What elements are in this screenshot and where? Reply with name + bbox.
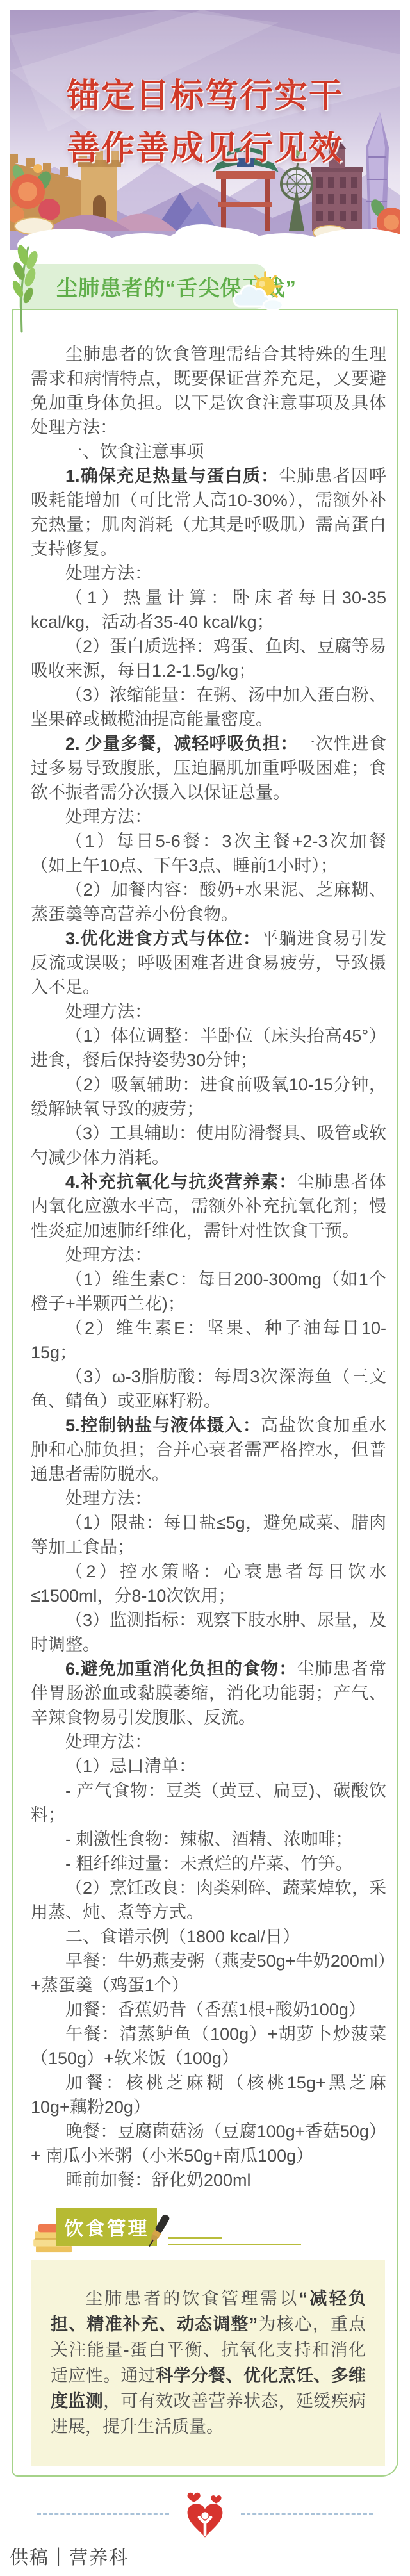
banner-title: 锚定目标笃行实干 善作善成见行见效 — [10, 70, 400, 175]
text-run: （3）监测指标：观察下肢水肿、尿量，及时调整。 — [31, 1611, 386, 1654]
text-run: 加餐：核桃芝麻糊（核桃15g+黑芝麻10g+藕粉20g） — [31, 2073, 386, 2117]
paragraph: 处理方法： — [31, 805, 386, 829]
sun-cloud-icon — [232, 270, 286, 311]
text-run: 加餐：香蕉奶昔（香蕉1根+酸奶100g） — [65, 2000, 366, 2019]
text-run: - 刺激性食物：辣椒、酒精、浓咖啡； — [65, 1830, 353, 1849]
diet-badge-rect: 饮食管理 — [56, 2208, 157, 2246]
paragraph: （3）工具辅助：使用防滑餐具、吸管或软勺减少体力消耗。 — [31, 1121, 386, 1170]
dashed-line-left — [37, 2513, 169, 2515]
footer-divider — [0, 2486, 410, 2542]
paragraph: 4.补充抗氧化与抗炎营养素：尘肺患者体内氧化应激水平高，需额外补充抗氧化剂；慢性… — [31, 1170, 386, 1243]
banner-title-line1: 锚定目标笃行实干 — [10, 70, 400, 122]
paragraph: 晚餐：豆腐菌菇汤（豆腐100g+香菇50g）+ 南瓜小米粥（小米50g+南瓜10… — [31, 2119, 386, 2168]
text-run: （2）控水策略：心衰患者每日饮水≤1500ml，分8-10次饮用； — [31, 1562, 386, 1605]
text-run: （2）蛋白质选择：鸡蛋、鱼肉、豆腐等易吸收来源，每日1.2-1.5g/kg； — [31, 637, 386, 680]
text-run: （3）ω-3脂肪酸：每周3次深海鱼（三文鱼、鲭鱼）或亚麻籽粉。 — [31, 1367, 386, 1411]
text-run: 早餐：牛奶燕麦粥（燕麦50g+牛奶200ml）+蒸蛋羹（鸡蛋1个） — [31, 1951, 386, 1995]
text-run: - 产气食物：豆类（黄豆、扁豆)、碳酸饮料； — [31, 1781, 386, 1825]
paragraph: （2）蛋白质选择：鸡蛋、鱼肉、豆腐等易吸收来源，每日1.2-1.5g/kg； — [31, 634, 386, 683]
text-run: 午餐：清蒸鲈鱼（100g）+胡萝卜炒菠菜（150g）+软米饭（100g） — [31, 2024, 386, 2068]
text-run: （1）限盐：每日盐≤5g，避免咸菜、腊肉等加工食品； — [31, 1513, 386, 1557]
paragraph: （1）热量计算：卧床者每日30-35 kcal/kg，活动者35-40 kcal… — [31, 586, 386, 634]
text-run: - 粗纤维过量：未煮烂的芹菜、竹笋。 — [65, 1854, 353, 1873]
text-run: 晚餐：豆腐菌菇汤（豆腐100g+香菇50g）+ 南瓜小米粥（小米50g+南瓜10… — [31, 2122, 386, 2165]
paragraph: （1）每日5-6餐：3次主餐+2-3次加餐（如上午10点、下午3点、睡前1小时）… — [31, 829, 386, 878]
text-run: （2）烹饪改良：肉类剁碎、蔬菜焯软，采用蒸、炖、煮等方式。 — [31, 1878, 386, 1922]
paragraph: - 产气食物：豆类（黄豆、扁豆)、碳酸饮料； — [31, 1778, 386, 1827]
bold-run: 4.补充抗氧化与抗炎营养素： — [65, 1172, 297, 1192]
paragraph: - 刺激性食物：辣椒、酒精、浓咖啡； — [31, 1827, 386, 1851]
text-run: 处理方法： — [65, 1489, 152, 1508]
text-run: 处理方法： — [65, 1732, 152, 1752]
bold-run: 3.优化进食方式与体位： — [65, 929, 261, 948]
paragraph: （3）浓缩能量：在粥、汤中加入蛋白粉、坚果碎或橄榄油提高能量密度。 — [31, 683, 386, 732]
heart-icon — [184, 2487, 225, 2541]
paragraph: 一、饮食注意事项 — [31, 439, 386, 464]
leaf-branch-icon — [3, 241, 38, 337]
text-run: （3）浓缩能量：在粥、汤中加入蛋白粉、坚果碎或橄榄油提高能量密度。 — [31, 685, 386, 729]
paragraph: （2）加餐内容：酸奶+水果泥、芝麻糊、蒸蛋羹等高营养小份食物。 — [31, 878, 386, 926]
page: 锚定目标笃行实干 善作善成见行见效 尘肺患者的“舌尖保卫战” — [0, 10, 410, 2570]
text-run: （2）吸氧辅助：进食前吸氧10-15分钟，缓解缺氧导致的疲劳； — [31, 1075, 386, 1119]
text-run: 尘肺患者的饮食管理需结合其特殊的生理需求和病情特点，既要保证营养充足，又要避免加… — [31, 345, 386, 437]
section-header: 尘肺患者的“舌尖保卫战” — [0, 250, 410, 309]
summary-box: 尘肺患者的饮食管理需以“减轻负担、精准补充、动态调整”为核心，重点关注能量-蛋白… — [31, 2260, 385, 2466]
paragraph: 睡前加餐：舒化奶200ml — [31, 2168, 386, 2192]
paragraph: 5.控制钠盐与液体摄入：高盐饮食加重水肿和心肺负担；合并心衰者需严格控水，但普通… — [31, 1413, 386, 1486]
text-run: 处理方法： — [65, 807, 152, 826]
diet-management-banner: 饮食管理 — [56, 2208, 386, 2247]
text-run: 处理方法： — [65, 1245, 152, 1265]
article-box: 尘肺患者的饮食管理需结合其特殊的生理需求和病情特点，既要保证营养充足，又要避免加… — [12, 309, 398, 2477]
credit-line: 供稿｜营养科 — [10, 2543, 410, 2570]
paragraph: 3.优化进食方式与体位：平躺进食易引发反流或误吸；呼吸困难者进食易疲劳，导致摄入… — [31, 926, 386, 999]
paragraph: （1）忌口清单： — [31, 1754, 386, 1778]
text-run: （1）维生素C：每日200-300mg（如1个橙子+半颗西兰花)； — [31, 1270, 386, 1313]
paragraph: （2）吸氧辅助：进食前吸氧10-15分钟，缓解缺氧导致的疲劳； — [31, 1072, 386, 1121]
diet-underline-long — [168, 2244, 301, 2245]
text-run: 处理方法： — [65, 564, 152, 583]
paragraph: 加餐：核桃芝麻糊（核桃15g+黑芝麻10g+藕粉20g） — [31, 2071, 386, 2119]
paragraph: 处理方法： — [31, 1730, 386, 1754]
paragraph: 1.确保充足热量与蛋白质：尘肺患者因呼吸耗能增加（可比常人高10-30%），需额… — [31, 464, 386, 561]
paragraph: （1）维生素C：每日200-300mg（如1个橙子+半颗西兰花)； — [31, 1267, 386, 1316]
text-run: （2）加餐内容：酸奶+水果泥、芝麻糊、蒸蛋羹等高营养小份食物。 — [31, 880, 386, 924]
text-run: 睡前加餐：舒化奶200ml — [65, 2170, 251, 2190]
paragraph: 2. 少量多餐，减轻呼吸负担：一次性进食过多易导致腹胀，压迫膈肌加重呼吸困难；食… — [31, 732, 386, 805]
paragraph: （2）维生素E：坚果、种子油每日10-15g； — [31, 1316, 386, 1365]
bold-run: 5.控制钠盐与液体摄入： — [65, 1416, 261, 1435]
paragraph: - 粗纤维过量：未煮烂的芹菜、竹笋。 — [31, 1851, 386, 1876]
text-run: 二、食谱示例（1800 kcal/日） — [65, 1927, 300, 1946]
text-run: 一、饮食注意事项 — [65, 442, 204, 461]
paragraph: （3）监测指标：观察下肢水肿、尿量，及时调整。 — [31, 1608, 386, 1657]
paragraph: 6.避免加重消化负担的食物：尘肺患者常伴胃肠淤血或黏膜萎缩，消化功能弱；产气、辛… — [31, 1657, 386, 1730]
paragraph: 处理方法： — [31, 999, 386, 1024]
diet-underline-short — [168, 2237, 222, 2239]
paragraph: （2）控水策略：心衰患者每日饮水≤1500ml，分8-10次饮用； — [31, 1559, 386, 1608]
paragraph: 处理方法： — [31, 1486, 386, 1511]
text-run: 尘肺患者的饮食管理需以 — [85, 2289, 299, 2308]
text-run: （2）维生素E：坚果、种子油每日10-15g； — [31, 1318, 386, 1362]
text-run: （1）忌口清单： — [65, 1757, 196, 1776]
bold-run: 2. 少量多餐，减轻呼吸负担： — [65, 734, 298, 753]
paragraph: 处理方法： — [31, 561, 386, 586]
paragraph: （2）烹饪改良：肉类剁碎、蔬菜焯软，采用蒸、炖、煮等方式。 — [31, 1876, 386, 1924]
paragraph: （1）限盐：每日盐≤5g，避免咸菜、腊肉等加工食品； — [31, 1511, 386, 1559]
text-run: （3）工具辅助：使用防滑餐具、吸管或软勺减少体力消耗。 — [31, 1124, 386, 1167]
paragraph: 早餐：牛奶燕麦粥（燕麦50g+牛奶200ml）+蒸蛋羹（鸡蛋1个） — [31, 1949, 386, 1998]
text-run: （1）体位调整：半卧位（床头抬高45°）进食，餐后保持姿势30分钟； — [31, 1026, 386, 1070]
pen-icon — [143, 2213, 172, 2251]
section-title-badge: 尘肺患者的“舌尖保卫战” — [19, 264, 266, 309]
paragraph: 二、食谱示例（1800 kcal/日） — [31, 1924, 386, 1949]
text-run: （1）每日5-6餐：3次主餐+2-3次加餐（如上午10点、下午3点、睡前1小时）… — [31, 832, 386, 875]
diet-badge-label: 饮食管理 — [65, 2213, 149, 2241]
paragraph: （1）体位调整：半卧位（床头抬高45°）进食，餐后保持姿势30分钟； — [31, 1024, 386, 1072]
text-run: （1）热量计算：卧床者每日30-35 kcal/kg，活动者35-40 kcal… — [31, 588, 386, 632]
paragraph: （3）ω-3脂肪酸：每周3次深海鱼（三文鱼、鲭鱼）或亚麻籽粉。 — [31, 1365, 386, 1413]
paragraph: 尘肺患者的饮食管理需结合其特殊的生理需求和病情特点，既要保证营养充足，又要避免加… — [31, 342, 386, 439]
text-run: 处理方法： — [65, 1002, 152, 1021]
header-banner: 锚定目标笃行实干 善作善成见行见效 — [10, 10, 400, 250]
banner-title-line2: 善作善成见行见效 — [10, 122, 400, 175]
paragraph: 午餐：清蒸鲈鱼（100g）+胡萝卜炒菠菜（150g）+软米饭（100g） — [31, 2022, 386, 2071]
summary-paragraph: 尘肺患者的饮食管理需以“减轻负担、精准补充、动态调整”为核心，重点关注能量-蛋白… — [51, 2286, 366, 2440]
paragraph: 处理方法： — [31, 1243, 386, 1267]
paragraph: 加餐：香蕉奶昔（香蕉1根+酸奶100g） — [31, 1998, 386, 2022]
article-paragraphs: 尘肺患者的饮食管理需结合其特殊的生理需求和病情特点，既要保证营养充足，又要避免加… — [31, 342, 386, 2192]
dashed-line-right — [241, 2513, 373, 2515]
bold-run: 1.确保充足热量与蛋白质： — [65, 466, 279, 486]
bold-run: 6.避免加重消化负担的食物： — [65, 1659, 297, 1678]
